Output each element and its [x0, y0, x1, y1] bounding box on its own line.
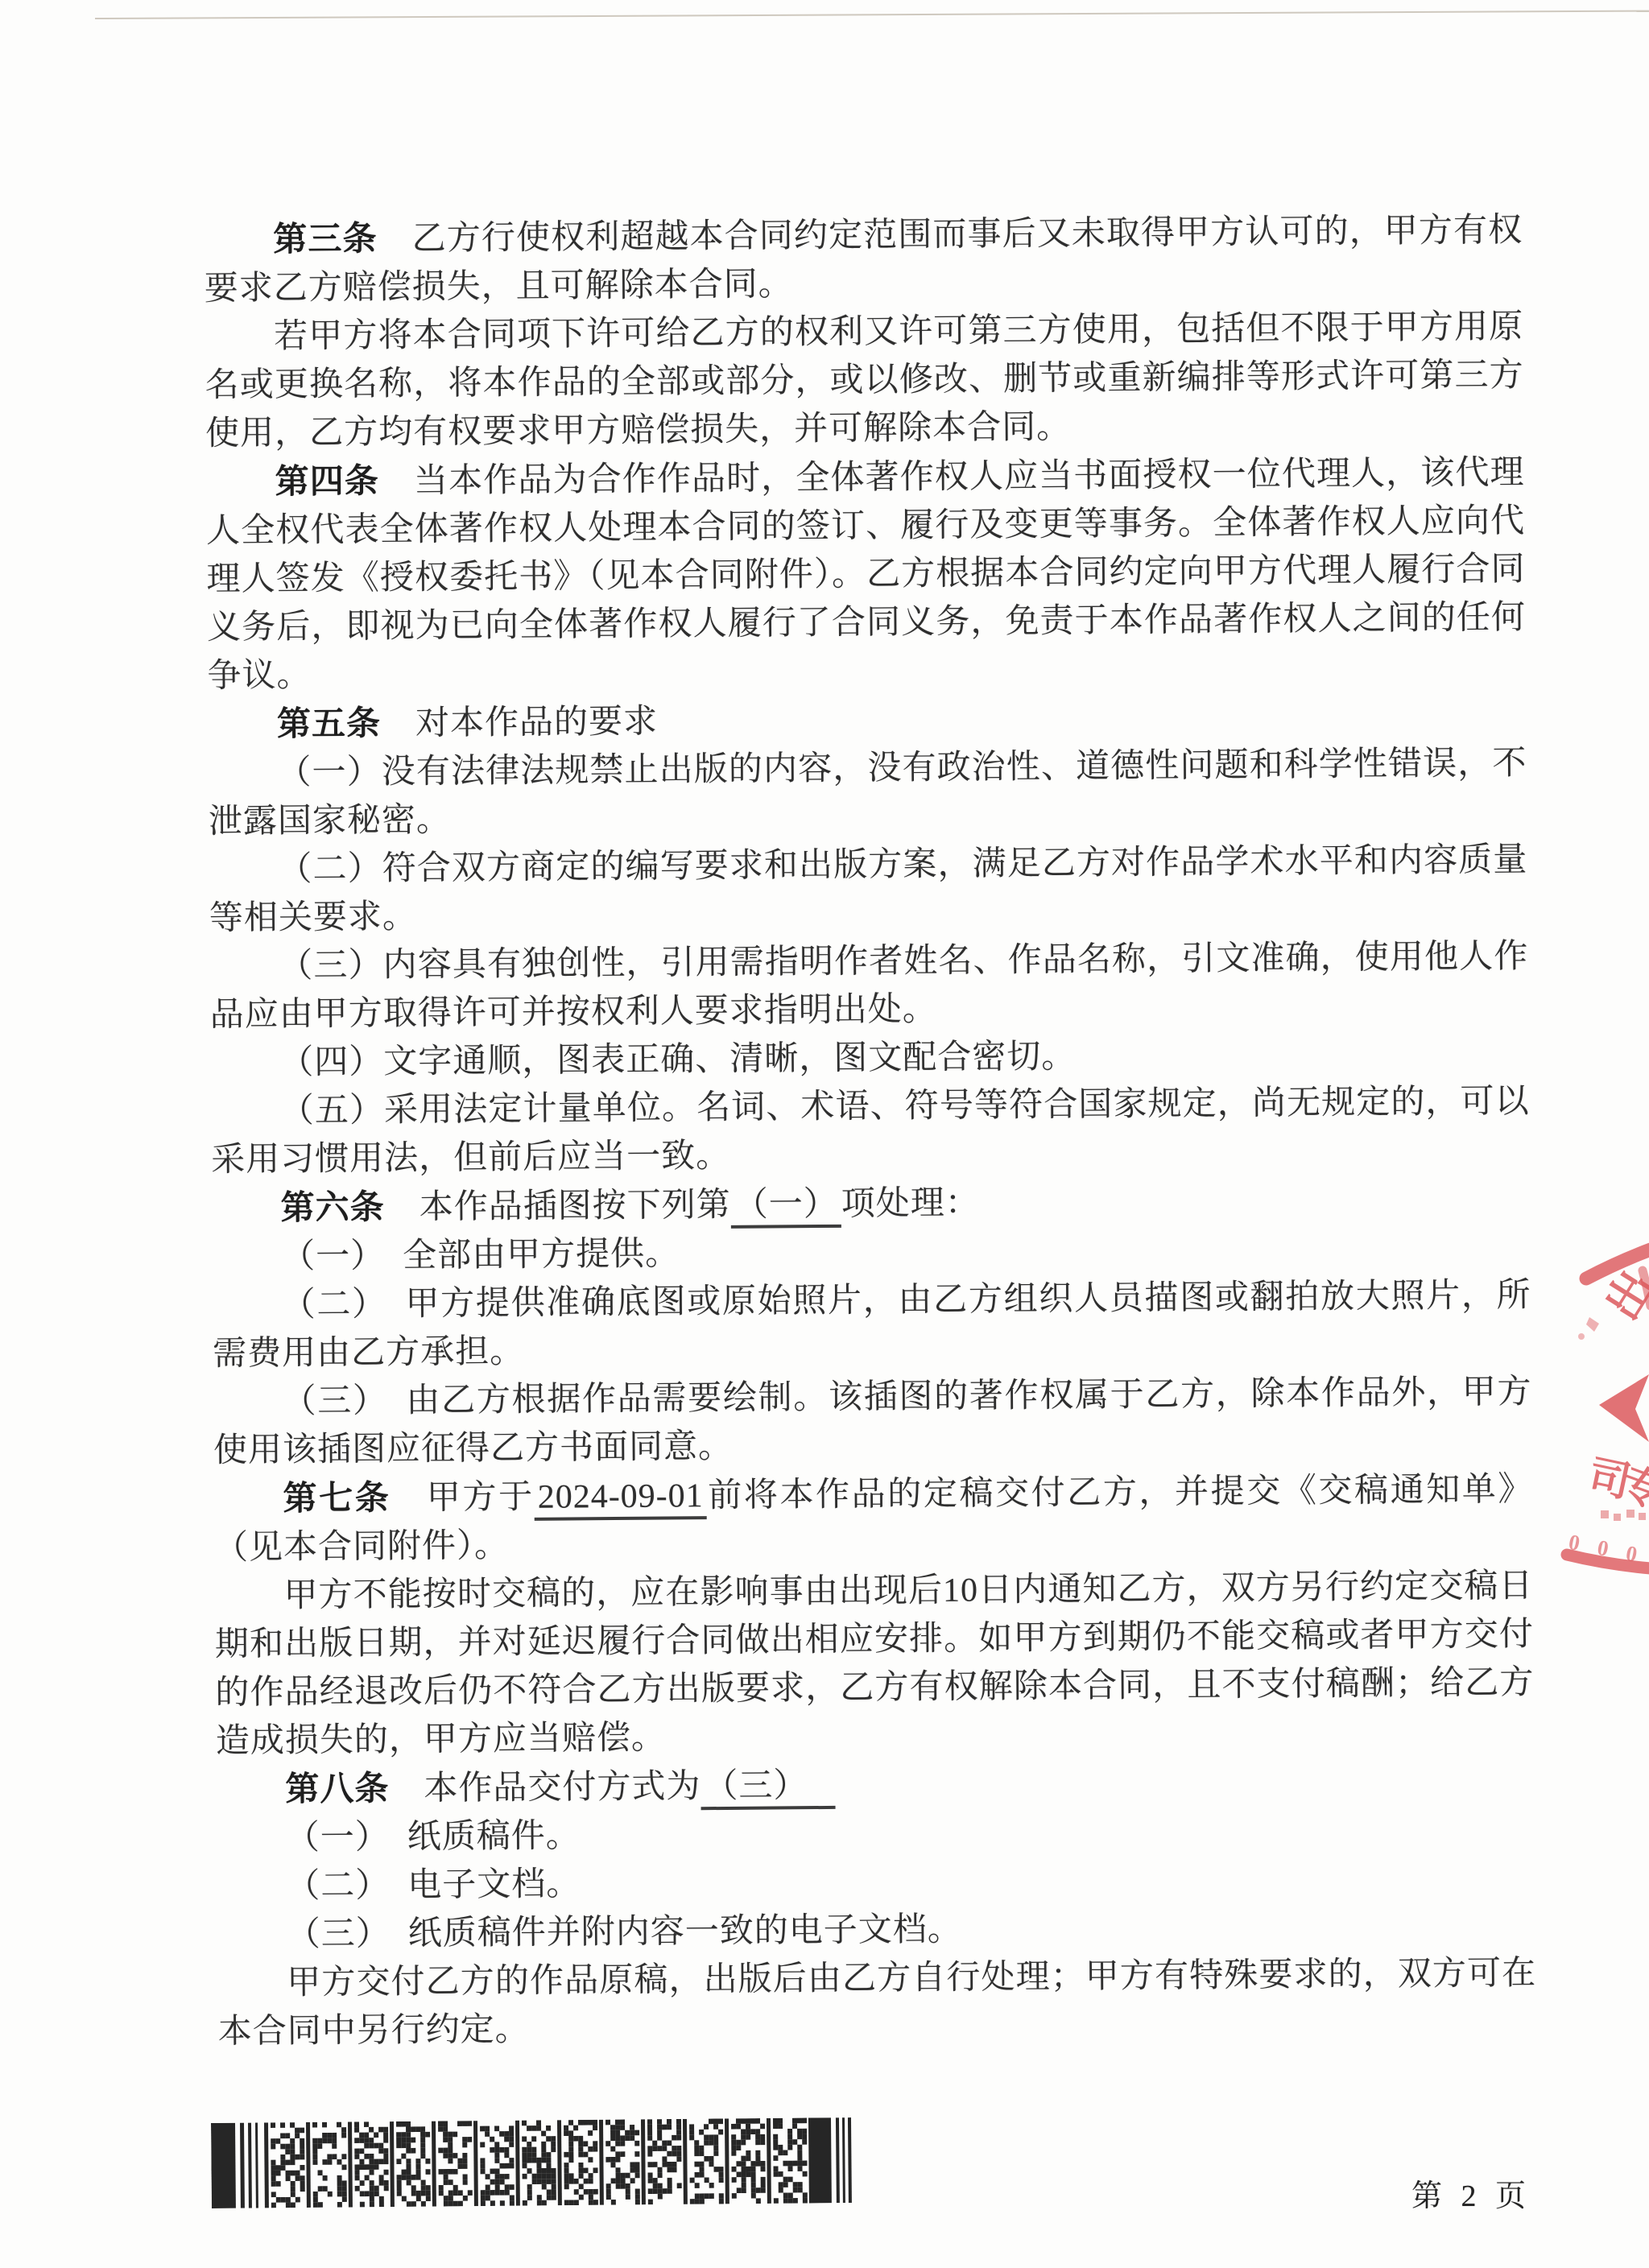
- page-number: 第 2 页: [1411, 2171, 1531, 2215]
- scanned-contract-page: 第三条 乙方行使权利超越本合同约定范围而事后又未取得甲方认可的，甲方有权要求乙方…: [0, 0, 1649, 2268]
- paragraph: （二）符合双方商定的编写要求和出版方案，满足乙方对作品学术水平和内容质量等相关要…: [209, 836, 1528, 943]
- paragraph: 第四条 当本作品为合作作品时，全体著作权人应当书面授权一位代理人，该代理人全权代…: [205, 448, 1526, 700]
- paragraph: 甲方交付乙方的作品原稿，出版后由乙方自行处理；甲方有特殊要求的，双方可在本合同中…: [217, 1949, 1537, 2056]
- paragraph: （一）没有法律法规禁止出版的内容，没有政治性、道德性问题和科学性错误，不泄露国家…: [208, 739, 1527, 846]
- seal-ring-bottom-arc: [1567, 1555, 1649, 1568]
- clause-label: 第七条: [283, 1478, 391, 1517]
- pdf417-barcode-svg: [211, 2117, 856, 2208]
- underlined-value: （三）: [701, 1767, 835, 1810]
- seal-ring-top-arc: [1586, 1250, 1649, 1279]
- publisher-seal-stamp: 出 司 专 0 0 0: [1522, 1240, 1649, 1578]
- clause-label: 第三条: [273, 219, 378, 258]
- seal-ink-speck: [1586, 1317, 1599, 1332]
- underlined-value: 2024-09-01: [535, 1477, 707, 1521]
- seal-star-left-point: [1599, 1374, 1649, 1442]
- paragraph: （三） 由乙方根据作品需要绘制。该插图的著作权属于乙方，除本作品外，甲方使用该插…: [213, 1368, 1532, 1475]
- clause-label: 第八条: [285, 1769, 389, 1807]
- underlined-value: （一）: [731, 1186, 841, 1229]
- seal-char-zhuan: 专: [1614, 1459, 1649, 1517]
- paragraph: （二） 甲方提供准确底图或原始照片，由乙方组织人员描图或翻拍放大照片，所需费用由…: [212, 1271, 1531, 1378]
- paragraph: 第三条 乙方行使权利超越本合同约定范围而事后又未取得甲方认可的，甲方有权要求乙方…: [204, 205, 1523, 313]
- paragraph: 甲方不能按时交稿的，应在影响事由出现后10日内通知乙方，双方另行约定交稿日期和出…: [214, 1562, 1535, 1766]
- paragraph: （三）内容具有独创性，引用需指明作者姓名、作品名称，引文准确，使用他人作品应由甲…: [209, 932, 1529, 1039]
- seal-serial-digits: 0 0 0: [1567, 1530, 1646, 1568]
- seal-micro-text: [1601, 1510, 1646, 1521]
- clause-label: 第四条: [275, 461, 379, 500]
- paragraph: 第七条 甲方于2024-09-01前将本作品的定稿交付乙方，并提交《交稿通知单》…: [213, 1464, 1533, 1572]
- scan-edge-artifact: [95, 10, 1649, 19]
- paragraph: （五）采用法定计量单位。名词、术语、符号等符合国家规定，尚无规定的，可以采用习惯…: [211, 1077, 1531, 1184]
- seal-ink-dot: [1578, 1333, 1585, 1340]
- seal-ring-top-arc-2: [1643, 1270, 1649, 1306]
- seal-char-si: 司: [1584, 1453, 1635, 1507]
- seal-char-chu: 出: [1596, 1262, 1649, 1329]
- clause-label: 第五条: [277, 704, 381, 742]
- paragraph: 若甲方将本合同项下许可给乙方的权利又许可第三方使用，包括但不限于甲方用原名或更换…: [205, 303, 1524, 458]
- pdf417-barcode: [211, 2117, 856, 2208]
- clause-label: 第六条: [280, 1188, 384, 1226]
- contract-body: 第三条 乙方行使权利超越本合同约定范围而事后又未取得甲方认可的，甲方有权要求乙方…: [204, 205, 1537, 2056]
